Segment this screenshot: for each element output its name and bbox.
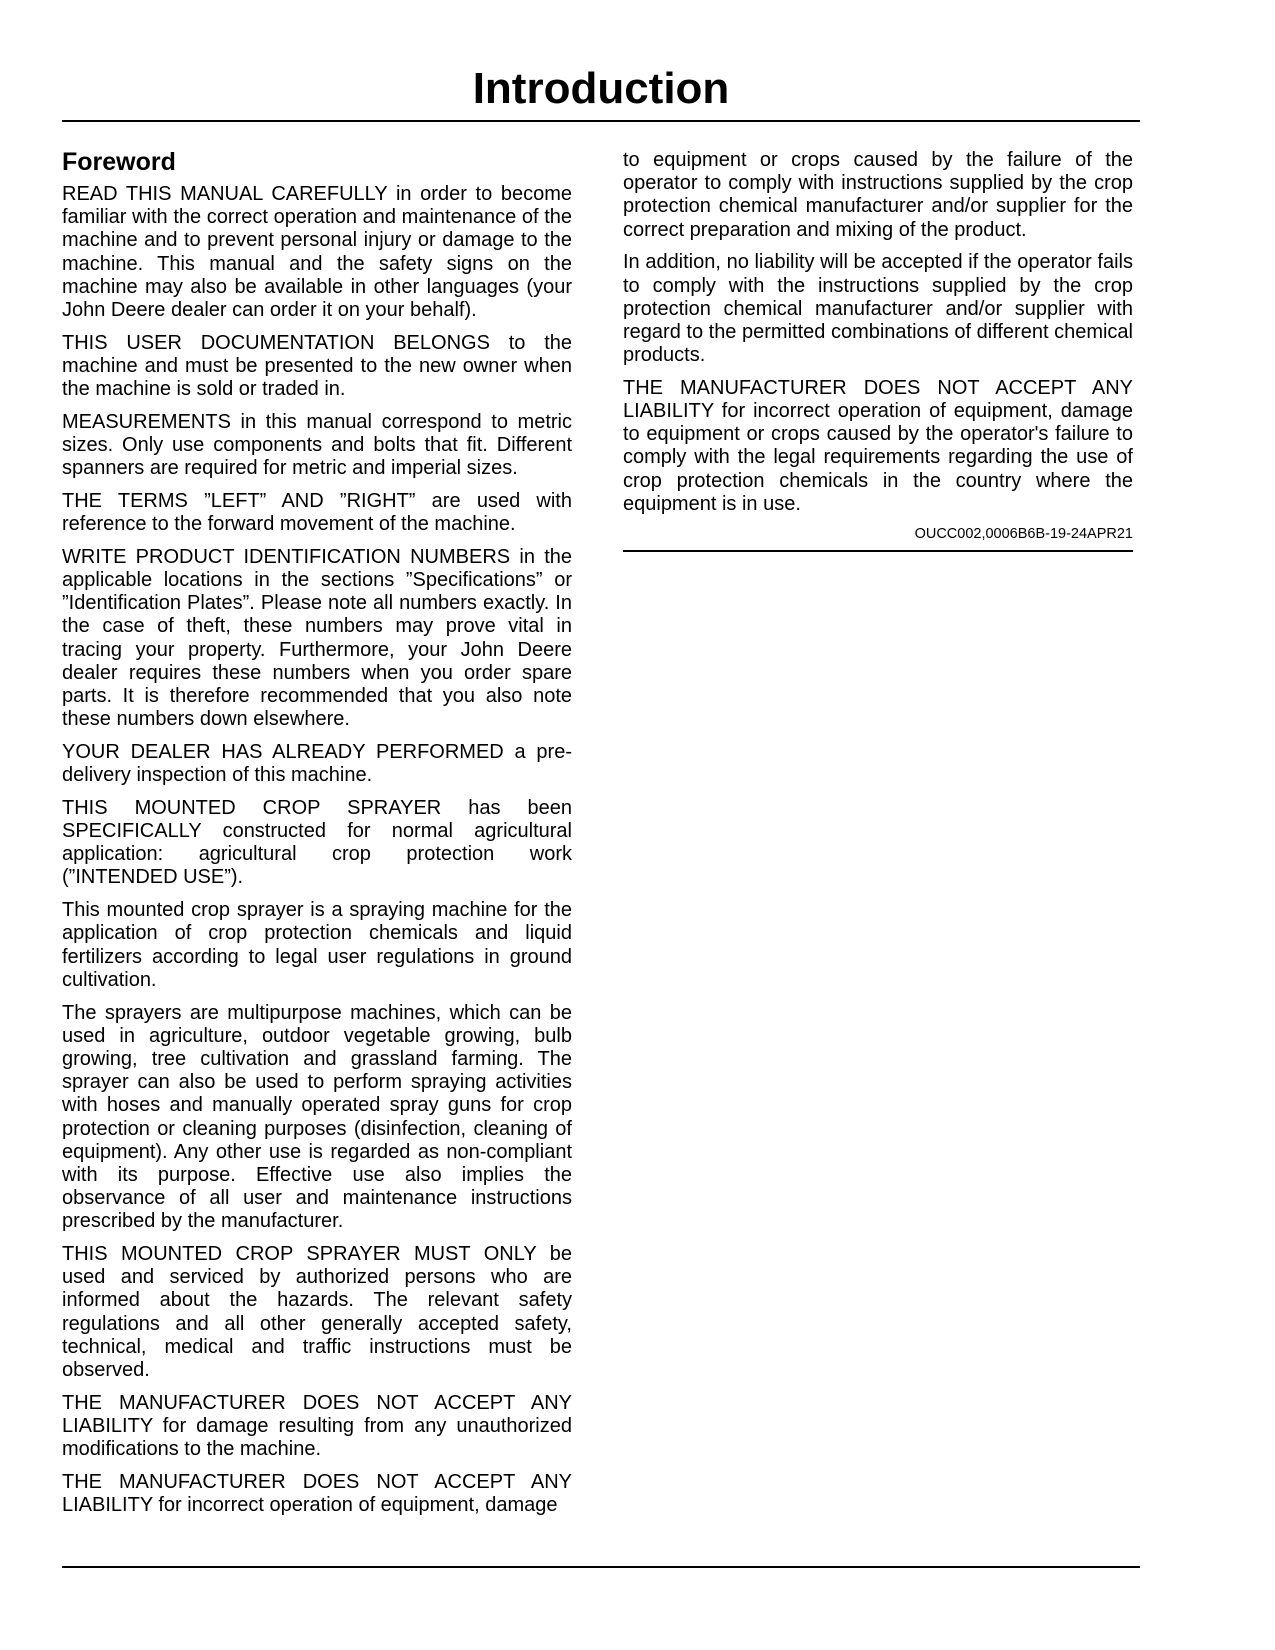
paragraph: The sprayers are multipurpose machines, … — [62, 1002, 572, 1234]
two-column-layout: Foreword READ THIS MANUAL CAREFULLY in o… — [62, 149, 1140, 1527]
page-title: Introduction — [62, 66, 1140, 112]
paragraph: THE TERMS ”LEFT” AND ”RIGHT” are used wi… — [62, 490, 572, 536]
page-bottom-divider — [62, 1566, 1140, 1568]
section-reference-code: OUCC002,0006B6B-19-24APR21 — [623, 526, 1133, 543]
paragraph: THIS MOUNTED CROP SPRAYER has been SPECI… — [62, 797, 572, 890]
paragraph: WRITE PRODUCT IDENTIFICATION NUMBERS in … — [62, 546, 572, 732]
paragraph: MEASUREMENTS in this manual correspond t… — [62, 411, 572, 481]
paragraph: THE MANUFACTURER DOES NOT ACCEPT ANY LIA… — [62, 1392, 572, 1462]
paragraph: THIS USER DOCUMENTATION BELONGS to the m… — [62, 332, 572, 402]
section-divider — [623, 550, 1133, 552]
paragraph: to equipment or crops caused by the fail… — [623, 149, 1133, 242]
left-column: Foreword READ THIS MANUAL CAREFULLY in o… — [62, 149, 572, 1527]
paragraph: THE MANUFACTURER DOES NOT ACCEPT ANY LIA… — [623, 377, 1133, 516]
title-divider — [62, 120, 1140, 122]
right-column: to equipment or crops caused by the fail… — [623, 149, 1133, 552]
paragraph: In addition, no liability will be accept… — [623, 251, 1133, 367]
paragraph: THIS MOUNTED CROP SPRAYER MUST ONLY be u… — [62, 1243, 572, 1382]
manual-page: Introduction Foreword READ THIS MANUAL C… — [0, 0, 1275, 1650]
paragraph: THE MANUFACTURER DOES NOT ACCEPT ANY LIA… — [62, 1471, 572, 1517]
paragraph: YOUR DEALER HAS ALREADY PERFORMED a pre-… — [62, 741, 572, 787]
foreword-heading: Foreword — [62, 149, 572, 176]
paragraph: This mounted crop sprayer is a spraying … — [62, 899, 572, 992]
paragraph: READ THIS MANUAL CAREFULLY in order to b… — [62, 183, 572, 322]
page-content: Introduction Foreword READ THIS MANUAL C… — [62, 0, 1140, 1527]
